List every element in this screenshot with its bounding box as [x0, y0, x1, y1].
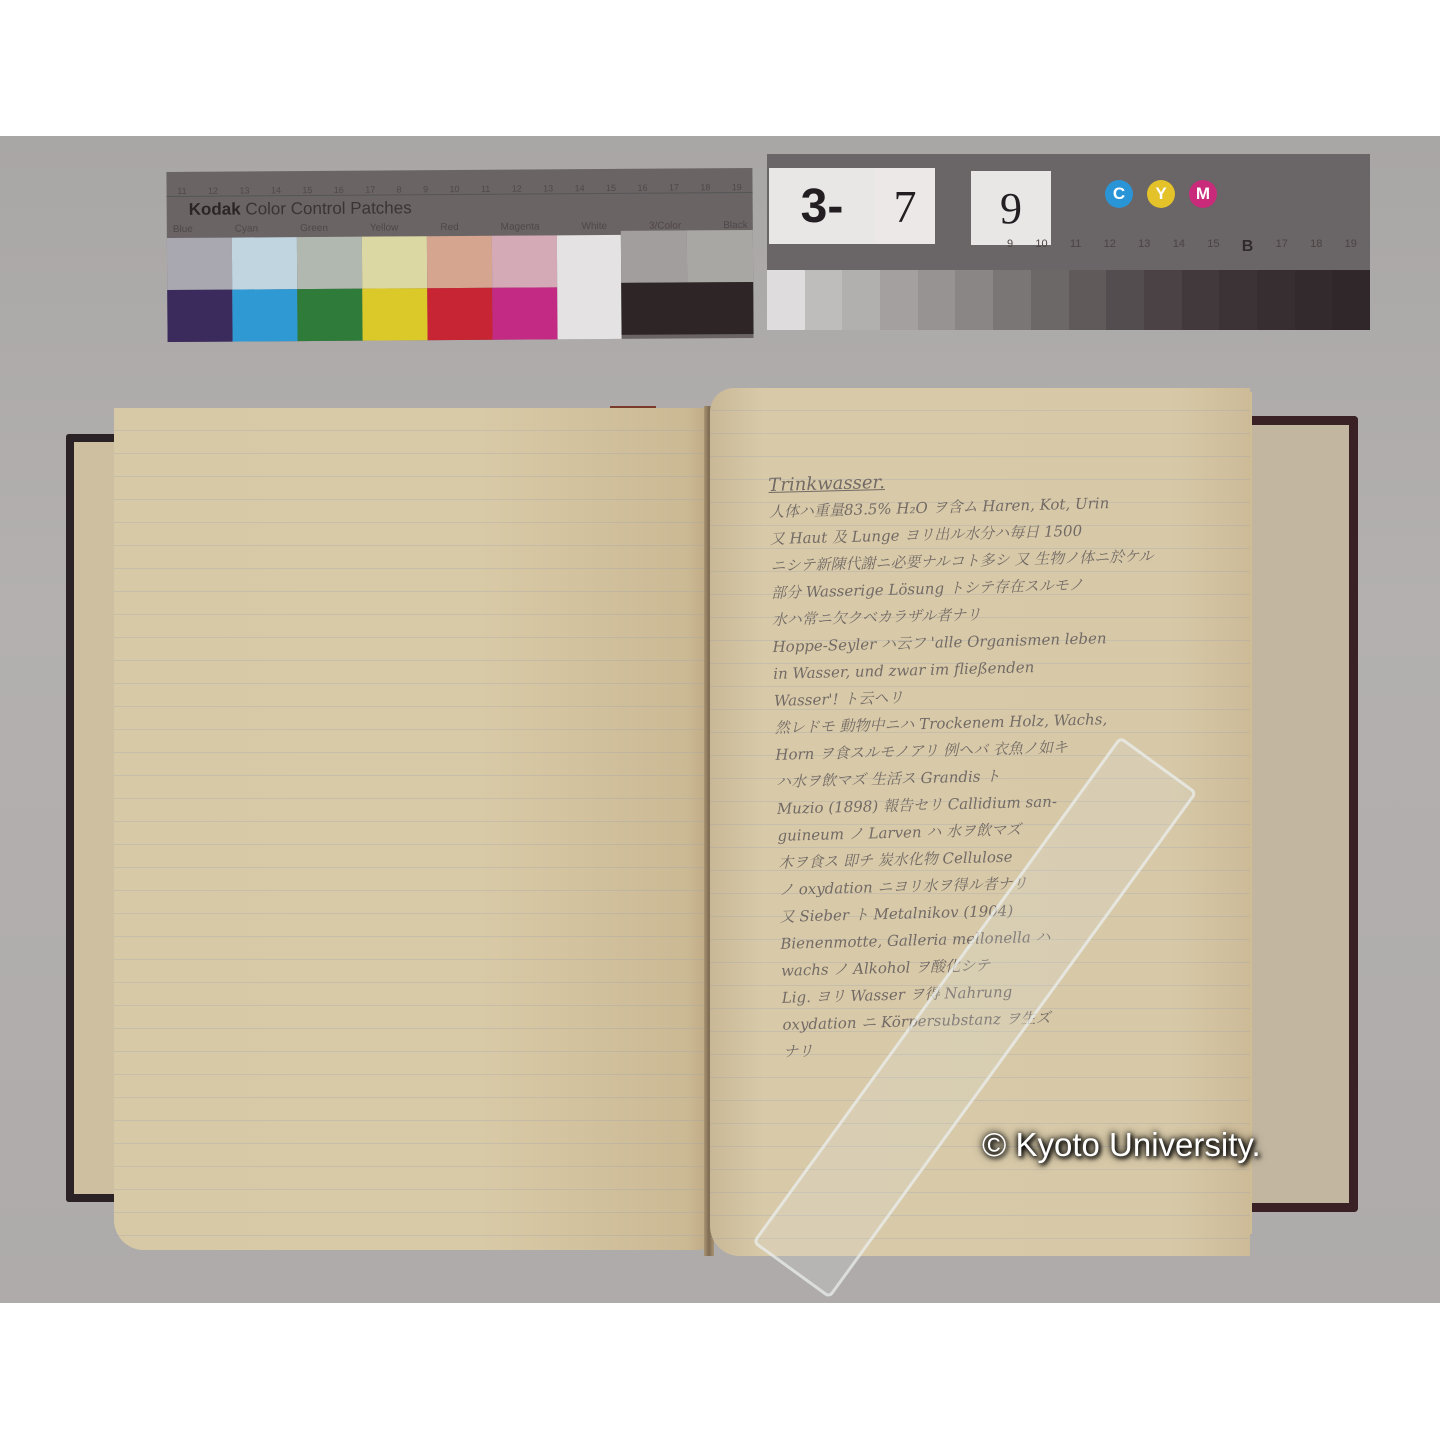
gray-step-wedge — [767, 270, 1370, 330]
color-patch-saturated — [297, 289, 362, 341]
color-patch-saturated — [427, 288, 492, 340]
gray-step — [805, 270, 843, 330]
yellow-dot-icon: Y — [1147, 180, 1175, 208]
color-patch-saturated — [232, 289, 297, 341]
copyright-watermark: © Kyoto University. — [982, 1126, 1261, 1164]
color-patch-saturated — [362, 288, 427, 340]
gray-step — [1257, 270, 1295, 330]
gray-step — [1219, 270, 1257, 330]
cyan-dot-icon: C — [1105, 180, 1133, 208]
book-cover-right — [1240, 416, 1358, 1212]
id-card-page: 9 — [971, 171, 1051, 245]
left-page-blank — [114, 408, 718, 1250]
gray-step — [1106, 270, 1144, 330]
magenta-dot-icon: M — [1189, 180, 1217, 208]
black-patch — [621, 282, 753, 335]
archival-photograph: 11 12 13 14 15 16 17 8 9 10 11 12 13 14 … — [0, 136, 1440, 1303]
kodak-title: Kodak Color Control Patches — [189, 198, 412, 220]
gray-step — [1031, 270, 1069, 330]
gray-step — [993, 270, 1031, 330]
gray-step — [1182, 270, 1220, 330]
id-card-item: 7 — [875, 168, 935, 244]
kodak-subtitle: Color Control Patches — [245, 198, 411, 218]
gray-patch — [621, 230, 687, 282]
color-patches — [167, 234, 754, 342]
gray-step — [1144, 270, 1182, 330]
gray-step — [955, 270, 993, 330]
gray-step — [1295, 270, 1333, 330]
gray-step — [918, 270, 956, 330]
color-patch-light — [427, 236, 492, 288]
gray-step — [1069, 270, 1107, 330]
color-patch-light — [297, 237, 362, 289]
color-patch-saturated — [167, 290, 232, 342]
gray-scale-strip: 3- 7 9 C Y M 9 10 11 12 13 14 15 B 17 18… — [767, 154, 1370, 330]
kodak-logo: Kodak — [189, 200, 241, 219]
id-card-volume: 3- — [769, 168, 875, 244]
gray-scale-numbers: 9 10 11 12 13 14 15 B 17 18 19 — [1007, 238, 1357, 256]
gray-step — [1332, 270, 1370, 330]
color-patch-light — [232, 237, 297, 289]
gray-patch — [687, 230, 753, 282]
color-patch-light — [362, 236, 427, 288]
kodak-ruler: 11 12 13 14 15 16 17 8 9 10 11 12 13 14 … — [166, 170, 752, 197]
kodak-color-control-strip: 11 12 13 14 15 16 17 8 9 10 11 12 13 14 … — [166, 168, 753, 342]
color-patch-light — [167, 238, 232, 290]
gray-step — [767, 270, 805, 330]
gray-step — [880, 270, 918, 330]
color-patch-saturated — [492, 287, 557, 339]
gray-step — [842, 270, 880, 330]
ruled-lines — [114, 408, 718, 1250]
color-patch-light — [492, 235, 557, 287]
white-patch — [557, 235, 622, 339]
